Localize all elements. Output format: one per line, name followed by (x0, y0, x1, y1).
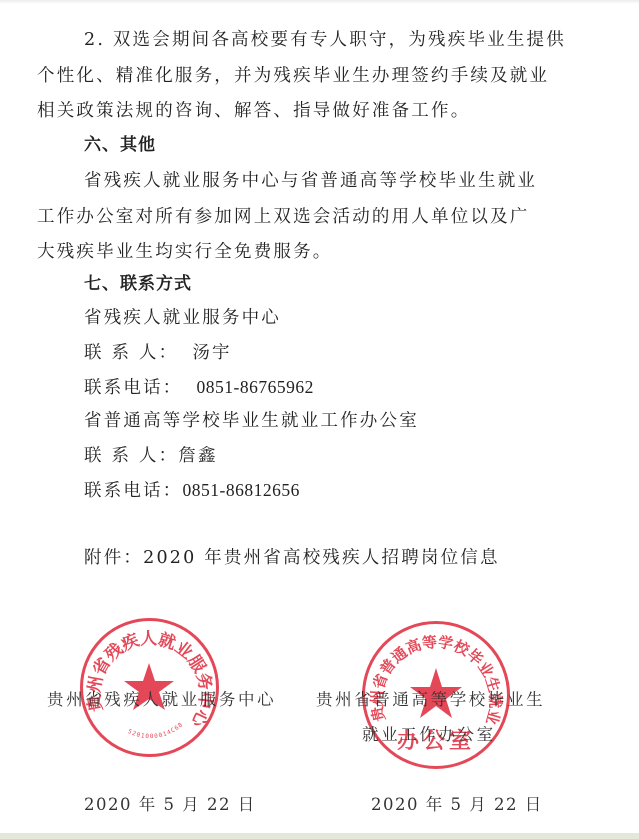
signature1-name: 贵州省残疾人就业服务中心 (47, 686, 276, 710)
svg-text:5201000014C68: 5201000014C68 (127, 721, 185, 740)
signature2-date: 2020 年 5 月 22 日 (371, 791, 543, 815)
contact1-phone-label: 联系电话： (84, 378, 183, 398)
contact2-person: 詹鑫 (178, 446, 217, 466)
contact1-person: 汤宇 (192, 343, 231, 363)
section6-line1: 省残疾人就业服务中心与省普通高等学校毕业生就业 (84, 170, 537, 192)
para2-line2: 个性化、精准化服务，并为残疾毕业生办理签约手续及就业 (37, 65, 549, 87)
signature2-name-line2: 就业工作办公室 (362, 721, 496, 745)
contact2-org: 省普通高等学校毕业生就业工作办公室 (84, 410, 419, 432)
attachment-label: 附件： (84, 548, 143, 568)
signature1-date: 2020 年 5 月 22 日 (84, 791, 256, 815)
contact1-phone: 0851-86765962 (197, 377, 314, 397)
section6-line3: 大残疾毕业生均实行全免费服务。 (37, 241, 333, 263)
signature2-name-line1: 贵州省普通高等学校毕业生 (316, 686, 545, 710)
contact1-person-label: 联 系 人： (84, 343, 178, 363)
contact2-phone-label: 联系电话： (84, 481, 183, 501)
section6-heading: 六、其他 (84, 134, 156, 156)
contact1-org: 省残疾人就业服务中心 (84, 307, 281, 329)
section7-heading: 七、联系方式 (84, 273, 192, 295)
para2-line1: 2. 双选会期间各高校要有专人职守，为残疾毕业生提供 (84, 29, 566, 51)
contact2-person-label: 联 系 人： (84, 446, 178, 466)
contact2-phone-row: 联系电话：0851-86812656 (84, 479, 300, 502)
contact1-phone-row: 联系电话：0851-86765962 (84, 376, 314, 399)
top-shadow (0, 0, 639, 4)
contact1-person-row: 联 系 人：汤宇 (84, 342, 232, 364)
para2-line3: 相关政策法规的咨询、解答、指导做好准备工作。 (37, 100, 470, 122)
attachment-row: 附件：2020 年贵州省高校残疾人招聘岗位信息 (84, 547, 500, 569)
section6-line2: 工作办公室对所有参加网上双选会活动的用人单位以及广 (37, 206, 530, 228)
contact2-phone: 0851-86812656 (183, 480, 300, 500)
attachment-title[interactable]: 2020 年贵州省高校残疾人招聘岗位信息 (143, 548, 500, 568)
bottom-bar (0, 833, 639, 839)
contact2-person-row: 联 系 人：詹鑫 (84, 445, 218, 467)
